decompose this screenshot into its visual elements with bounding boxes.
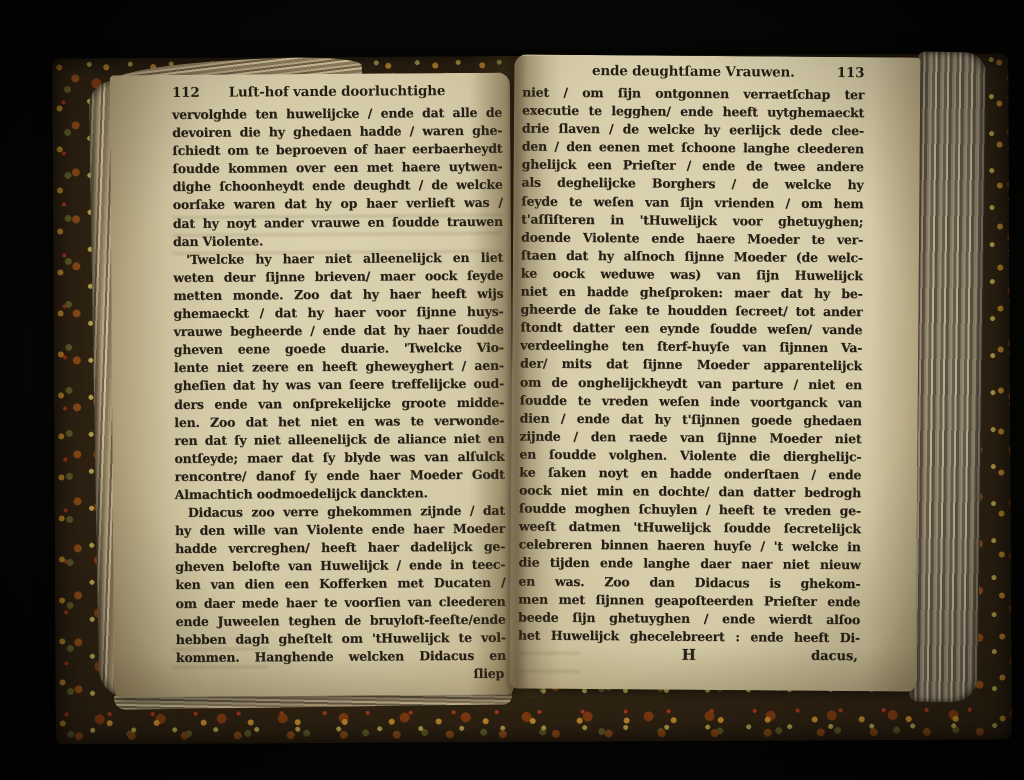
page-number: 113 <box>824 65 864 81</box>
text-line: om de onghelijckheydt van parture / niet… <box>520 373 862 394</box>
text-line: 'Twelcke hy haer niet alleenelijck en li… <box>173 248 503 268</box>
page-number: 112 <box>172 85 212 101</box>
text-line: ders ende van onſprekelijcke groote midd… <box>174 393 504 413</box>
running-header-left: 112 Luſt-hof vande doorluchtighe <box>172 83 502 101</box>
text-line: dat hy noyt ander vrauwe en ſoudde trauw… <box>173 212 503 232</box>
text-line: Didacus zoo verre ghekommen zijnde / dat <box>175 502 505 522</box>
text-line: weten deur ſijnne brieven/ maer oock ſey… <box>173 267 503 287</box>
photo-background: 112 Luſt-hof vande doorluchtighe vervolg… <box>0 0 1024 780</box>
signature-line: H dacus, <box>518 644 860 666</box>
text-line: beede ſijn ghetuyghen / ende wierdt alſo… <box>518 608 860 629</box>
text-line: ſchiedt om te beproeven of haer eerbaerh… <box>172 140 502 160</box>
running-title: Luſt-hof vande doorluchtighe <box>212 83 462 101</box>
right-page: ende deughtſame Vrauwen. 113 niet / om ſ… <box>510 54 921 691</box>
text-line: hy den wille van Violente ende haer Moed… <box>175 520 505 540</box>
text-line: dighe ſchoonheydt ende deughdt / de welc… <box>173 176 503 196</box>
text-line: die tijden ende langhe daer naer niet ni… <box>518 554 860 575</box>
text-line: vrauwe begheerde / ende dat hy haer ſoud… <box>174 321 504 341</box>
text-line: oorſake waren dat hy op haer verlieft wa… <box>173 194 503 214</box>
text-line: ſeyde te weſen van ſijn vrienden / om he… <box>521 192 863 213</box>
text-line: Almachtich oodmoedelijck danckten. <box>175 484 505 504</box>
left-page: 112 Luſt-hof vande doorluchtighe vervolg… <box>110 73 514 698</box>
running-header-right: ende deughtſame Vrauwen. 113 <box>522 62 864 81</box>
text-line: ren dat ſy niet alleenelijck de aliance … <box>174 429 504 449</box>
text-line: t'aſſiſteren in 'tHuwelijck voor ghetuyg… <box>521 210 863 231</box>
text-line: men met ſijnnen geapoſteerden Prieſter e… <box>518 590 860 611</box>
text-line: dan Violente. <box>173 230 503 250</box>
signature-mark: H <box>518 644 860 666</box>
text-line: ghemaeckt / dat hy haer voor ſijnne huys… <box>173 303 503 323</box>
running-title: ende deughtſame Vrauwen. <box>562 63 824 81</box>
text-line: hebben dagh gheſtelt om 'tHuwelijck te v… <box>176 628 506 648</box>
text-line: om daer mede haer te voorſien van cleede… <box>175 592 505 612</box>
text-line: gheven belofte van Huwelijck / ende in t… <box>175 556 505 576</box>
text-line: ken van dien een Kofferken met Ducaten / <box>175 574 505 594</box>
text-line: metten monde. Zoo dat hy haer heeft wijs <box>173 285 503 305</box>
text-line: ſoudde te vreden weſen inde voortganck v… <box>520 391 862 412</box>
catchword: ſliep <box>176 665 506 685</box>
catchword: dacus, <box>811 647 858 666</box>
text-line: als deghelijcke Borghers / de welcke hy <box>521 174 863 195</box>
text-line: hadde vercreghen/ heeft haer dadelijck g… <box>175 538 505 558</box>
text-line: ſoudde kommen over een met haere uytwen- <box>172 158 502 178</box>
text-line: devoiren die hy ghedaen hadde / waren gh… <box>172 122 502 142</box>
text-line: len. Zoo dat het niet en was te verwonde… <box>174 411 504 431</box>
text-line: rencontre/ danof ſy ende haer Moeder God… <box>175 466 505 486</box>
text-line: kommen. Hanghende welcken Didacus en <box>176 646 506 666</box>
text-line: ontſeyde; maer dat ſy blyde was van alſu… <box>174 447 504 467</box>
page-edges-right <box>909 52 986 703</box>
text-line: gheven eene goede duarie. 'Twelcke Vio- <box>174 339 504 359</box>
text-line: en was. Zoo dan Didacus is ghekom- <box>518 572 860 593</box>
text-line: lente niet zeere en heeft gheweyghert / … <box>174 357 504 377</box>
text-line: gheſien dat hy was van ſeere treffelijck… <box>174 375 504 395</box>
text-line: dien / ende dat hy t'ſijnnen goede gheda… <box>520 409 862 430</box>
text-line: der/ mits dat ſijnne Moeder apparentelij… <box>520 355 862 376</box>
text-line: ende Juweelen teghen de bruyloft-feeſte/… <box>176 610 506 630</box>
text-line: vervolghde ten huwelijcke / ende dat all… <box>172 104 502 124</box>
